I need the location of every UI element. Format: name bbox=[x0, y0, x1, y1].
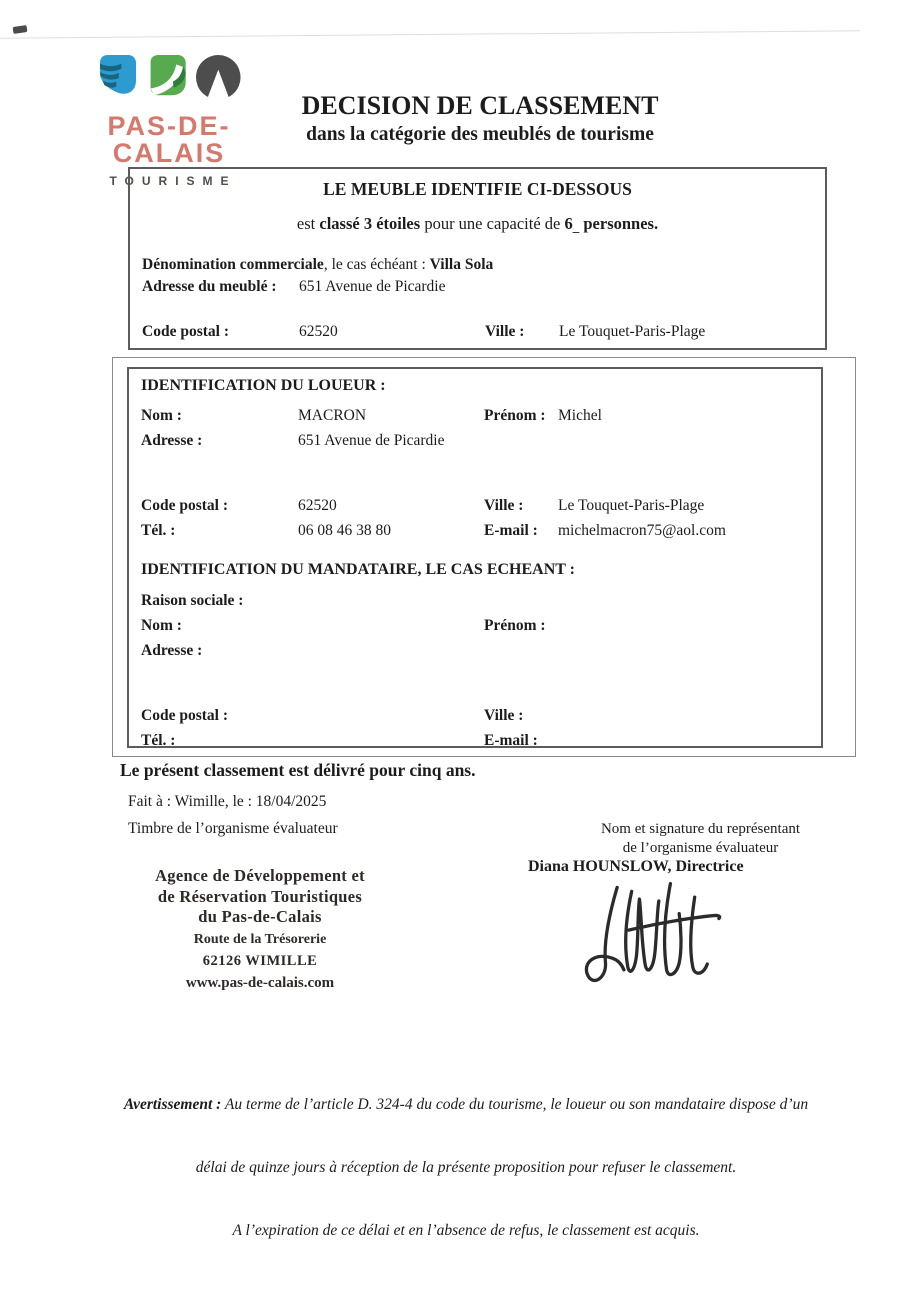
mandataire-prenom-label: Prénom : bbox=[484, 613, 558, 638]
arch-icon bbox=[196, 55, 241, 101]
mandataire-nom-label: Nom : bbox=[141, 613, 298, 638]
mandataire-ville-value bbox=[558, 703, 821, 728]
mandataire-heading: IDENTIFICATION DU MANDATAIRE, LE CAS ECH… bbox=[129, 559, 821, 581]
mandataire-codepostal-value bbox=[298, 703, 484, 728]
spacer bbox=[129, 453, 821, 493]
mandataire-raison-label: Raison sociale : bbox=[141, 588, 298, 613]
page-subtitle: dans la catégorie des meublés de tourism… bbox=[255, 124, 705, 146]
avertissement-block: Avertissement : Au terme de l’article D.… bbox=[108, 1052, 824, 1283]
mandataire-tel-label: Tél. : bbox=[141, 728, 298, 753]
scan-line-artifact bbox=[0, 30, 860, 39]
loueur-email-label: E-mail : bbox=[484, 518, 558, 543]
logo-name: PAS-DE-CALAIS bbox=[60, 113, 278, 167]
signature-caption-line1: Nom et signature du représentant bbox=[583, 820, 818, 839]
meuble-codepostal-row: Code postal : 62520 Ville : Le Touquet-P… bbox=[130, 319, 825, 344]
loueur-codepostal-label: Code postal : bbox=[141, 493, 298, 518]
capacity-line: est classé 3 étoiles pour une capacité d… bbox=[130, 213, 825, 238]
mandataire-codepostal-row: Code postal : Ville : bbox=[129, 703, 821, 728]
loueur-nom-label: Nom : bbox=[141, 403, 298, 428]
meuble-heading: LE MEUBLE IDENTIFIE CI-DESSOUS bbox=[130, 178, 825, 200]
meuble-box: LE MEUBLE IDENTIFIE CI-DESSOUS est class… bbox=[128, 167, 827, 350]
mandataire-email-value bbox=[558, 728, 821, 753]
loueur-prenom-value: Michel bbox=[558, 403, 821, 428]
pas-de-calais-logo-icon bbox=[94, 48, 244, 110]
wave-icon bbox=[100, 55, 136, 94]
mandataire-tel-row: Tél. : E-mail : bbox=[129, 728, 821, 753]
document-page: PAS-DE-CALAIS TOURISME DECISION DE CLASS… bbox=[0, 0, 923, 1313]
stamp-line: 62126 WIMILLE bbox=[130, 950, 390, 972]
loueur-adresse-value: 651 Avenue de Picardie bbox=[298, 428, 484, 453]
loueur-adresse-row: Adresse : 651 Avenue de Picardie bbox=[129, 428, 821, 453]
loueur-codepostal-value: 62520 bbox=[298, 493, 484, 518]
meuble-adresse-label: Adresse du meublé : bbox=[142, 276, 299, 298]
loueur-tel-value: 06 08 46 38 80 bbox=[298, 518, 484, 543]
stamp-line: de Réservation Touristiques bbox=[130, 887, 390, 908]
document-title-block: DECISION DE CLASSEMENT dans la catégorie… bbox=[255, 92, 705, 146]
loueur-nom-row: Nom : MACRON Prénom : Michel bbox=[129, 403, 821, 428]
loueur-heading: IDENTIFICATION DU LOUEUR : bbox=[129, 375, 821, 397]
loueur-adresse-label: Adresse : bbox=[141, 428, 298, 453]
capacity-suffix: personnes. bbox=[579, 214, 658, 233]
loueur-ville-value: Le Touquet-Paris-Plage bbox=[558, 493, 821, 518]
meuble-ville-value: Le Touquet-Paris-Plage bbox=[559, 319, 825, 344]
stamp-line: Route de la Trésorerie bbox=[130, 929, 390, 950]
meuble-codepostal-label: Code postal : bbox=[142, 319, 299, 344]
capacity-mid: pour une capacité de bbox=[420, 214, 564, 233]
denomination-value: Villa Sola bbox=[430, 256, 494, 273]
mandataire-raison-row: Raison sociale : bbox=[129, 588, 821, 613]
fait-a-line: Fait à : Wimille, le : 18/04/2025 bbox=[128, 793, 326, 811]
loueur-ville-label: Ville : bbox=[484, 493, 558, 518]
mandataire-adresse-row: Adresse : bbox=[129, 638, 821, 663]
avertissement-line3: A l’expiration de ce délai et en l’absen… bbox=[108, 1220, 824, 1241]
leaf-icon bbox=[151, 55, 186, 95]
loueur-nom-value: MACRON bbox=[298, 403, 484, 428]
signature-caption-line2: de l’organisme évaluateur bbox=[583, 839, 818, 858]
mandataire-nom-value bbox=[298, 613, 484, 638]
stamp-line: Agence de Développement et bbox=[130, 866, 390, 887]
timbre-label: Timbre de l’organisme évaluateur bbox=[128, 820, 338, 838]
loueur-tel-label: Tél. : bbox=[141, 518, 298, 543]
validity-statement: Le présent classement est délivré pour c… bbox=[120, 760, 476, 781]
mandataire-adresse-label: Adresse : bbox=[141, 638, 298, 663]
capacity-classement: classé 3 étoiles bbox=[319, 214, 420, 233]
meuble-codepostal-value: 62520 bbox=[299, 319, 485, 344]
avertissement-label: Avertissement : bbox=[124, 1096, 221, 1113]
meuble-adresse-value: 651 Avenue de Picardie bbox=[299, 276, 485, 298]
mandataire-nom-row: Nom : Prénom : bbox=[129, 613, 821, 638]
mandataire-email-label: E-mail : bbox=[484, 728, 558, 753]
scan-artifact bbox=[13, 25, 28, 34]
loueur-codepostal-row: Code postal : 62520 Ville : Le Touquet-P… bbox=[129, 493, 821, 518]
loueur-prenom-label: Prénom : bbox=[484, 403, 558, 428]
mandataire-ville-label: Ville : bbox=[484, 703, 558, 728]
page-title: DECISION DE CLASSEMENT bbox=[255, 92, 705, 121]
spacer bbox=[129, 663, 821, 703]
spacer bbox=[129, 543, 821, 559]
stamp-line: du Pas-de-Calais bbox=[130, 907, 390, 928]
denomination-label: Dénomination commerciale bbox=[142, 256, 324, 273]
identification-box-outer: IDENTIFICATION DU LOUEUR : Nom : MACRON … bbox=[112, 357, 856, 757]
loueur-email-value: michelmacron75@aol.com bbox=[558, 518, 821, 543]
identification-box: IDENTIFICATION DU LOUEUR : Nom : MACRON … bbox=[127, 367, 823, 748]
capacity-value: 6 bbox=[565, 214, 573, 233]
avertissement-line1-text: Au terme de l’article D. 324-4 du code d… bbox=[221, 1096, 808, 1113]
signature-image bbox=[578, 870, 728, 996]
denomination-line: Dénomination commerciale, le cas échéant… bbox=[130, 254, 825, 276]
stamp-line: www.pas-de-calais.com bbox=[130, 972, 390, 994]
loueur-tel-row: Tél. : 06 08 46 38 80 E-mail : michelmac… bbox=[129, 518, 821, 543]
meuble-ville-label: Ville : bbox=[485, 319, 559, 344]
mandataire-prenom-value bbox=[558, 613, 821, 638]
agency-stamp: Agence de Développement et de Réservatio… bbox=[130, 866, 390, 994]
avertissement-line2: délai de quinze jours à réception de la … bbox=[108, 1157, 824, 1178]
signature-caption: Nom et signature du représentant de l’or… bbox=[583, 820, 818, 858]
mandataire-tel-value bbox=[298, 728, 484, 753]
capacity-pre: est bbox=[297, 214, 319, 233]
mandataire-codepostal-label: Code postal : bbox=[141, 703, 298, 728]
denomination-mid: , le cas échéant : bbox=[324, 256, 430, 273]
meuble-adresse-row: Adresse du meublé : 651 Avenue de Picard… bbox=[130, 276, 825, 298]
avertissement-line1: Avertissement : Au terme de l’article D.… bbox=[108, 1094, 824, 1115]
